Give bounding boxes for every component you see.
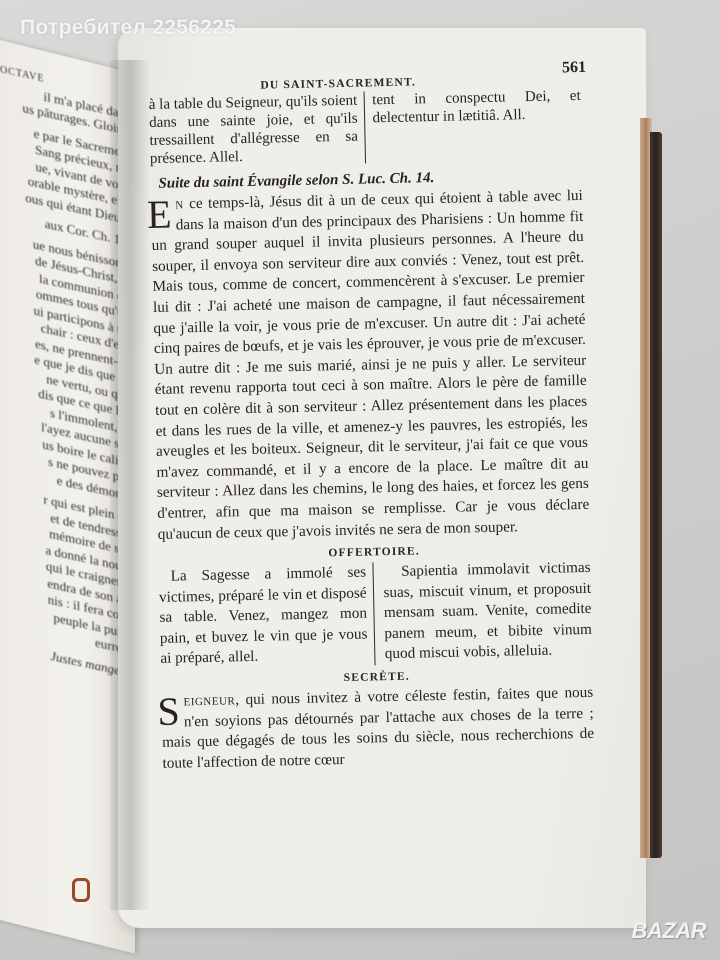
- latin-column: tent in conspectu Dei, et delectentur in…: [363, 87, 582, 164]
- offertory-french: La Sagesse a immolé ses victimes, prépar…: [158, 563, 374, 670]
- drop-cap: E: [147, 198, 172, 233]
- book-gutter-shadow: [110, 60, 150, 910]
- offertory-latin: Sapientia immolavit victimas suas, miscu…: [372, 558, 593, 666]
- right-page-text: DU SAINT-SACREMENT. 561 à la table du Se…: [148, 59, 595, 774]
- secret-text: Seigneur, qui nous invitez à votre céles…: [161, 683, 595, 774]
- seller-watermark: Потребител 2256225: [20, 16, 236, 40]
- book-cover-edge: [650, 132, 662, 858]
- french-column: à la table du Seigneur, qu'ils soient da…: [149, 92, 365, 168]
- drop-cap: S: [157, 695, 180, 729]
- running-title: DU SAINT-SACREMENT.: [260, 76, 416, 91]
- bookmark-clasp: [72, 878, 90, 902]
- page-number: 561: [562, 59, 586, 77]
- communion-columns: à la table du Seigneur, qu'ils soient da…: [149, 87, 582, 168]
- gospel-text: En ce temps-là, Jésus dit à un de ceux q…: [151, 186, 590, 545]
- bazar-logo-watermark: BAZAR: [632, 918, 707, 944]
- offertory-columns: La Sagesse a immolé ses victimes, prépar…: [158, 558, 592, 670]
